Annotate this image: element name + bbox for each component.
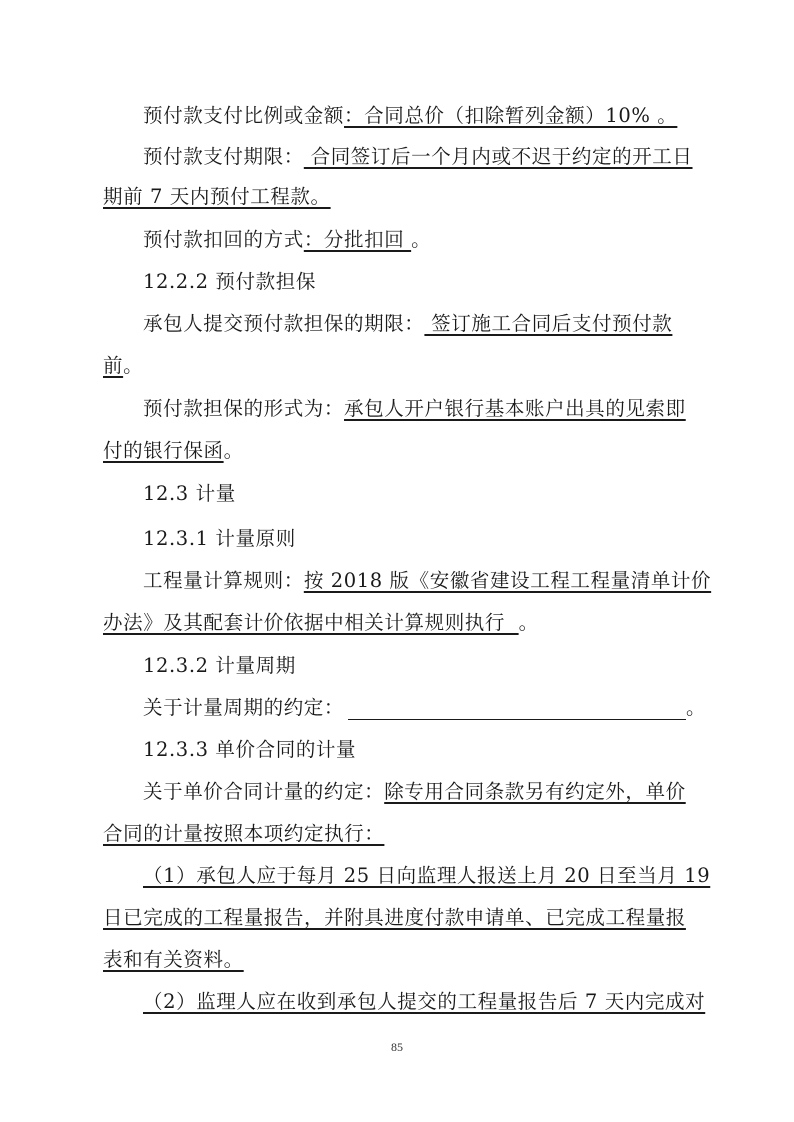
field-value: 承包人开户银行基本账户出具的见索即: [344, 397, 686, 420]
heading-text: 12.3.2 计量周期: [143, 654, 296, 677]
guarantee-deadline-continued: 前。: [103, 354, 693, 378]
prepayment-ratio-line: 预付款支付比例或金额：合同总价（扣除暂列金额）10% 。: [143, 104, 733, 128]
field-value: （2）监理人应在收到承包人提交的工程量报告后 7 天内完成对: [143, 990, 705, 1013]
field-label: 预付款支付期限：: [143, 145, 304, 168]
clause-1-line: （1）承包人应于每月 25 日向监理人报送上月 20 日至当月 19: [143, 864, 733, 888]
section-heading-12-3-3: 12.3.3 单价合同的计量: [143, 738, 733, 762]
unit-price-measurement-continued: 合同的计量按照本项约定执行：: [103, 822, 693, 846]
page-number: 85: [0, 1040, 794, 1055]
prepayment-deadline-continued: 期前 7 天内预付工程款。: [103, 185, 693, 209]
document-page: 预付款支付比例或金额：合同总价（扣除暂列金额）10% 。 预付款支付期限： 合同…: [0, 0, 794, 1122]
field-label: 关于计量周期的约定：: [143, 696, 344, 719]
measurement-period-line: 关于计量周期的约定：。: [143, 696, 733, 720]
section-heading-12-3-2: 12.3.2 计量周期: [143, 654, 733, 678]
field-value: ：合同总价（扣除暂列金额）10% 。: [344, 104, 677, 127]
guarantee-form-continued: 付的银行保函。: [103, 439, 693, 463]
field-label: 承包人提交预付款担保的期限：: [143, 312, 424, 335]
guarantee-form-line: 预付款担保的形式为：承包人开户银行基本账户出具的见索即: [143, 397, 733, 421]
section-heading-12-3: 12.3 计量: [143, 482, 733, 506]
field-value: 除专用合同条款另有约定外，单价: [384, 780, 686, 803]
field-value: 按 2018 版《安徽省建设工程工程量清单计价: [304, 569, 711, 592]
prepayment-recovery-line: 预付款扣回的方式：分批扣回 。: [143, 228, 733, 252]
field-value: 签订施工合同后支付预付款: [424, 312, 672, 335]
punctuation: 。: [123, 354, 143, 377]
heading-text: 12.2.2 预付款担保: [143, 270, 316, 293]
clause-1-continued: 日已完成的工程量报告，并附具进度付款申请单、已完成工程量报: [103, 906, 693, 930]
prepayment-deadline-line: 预付款支付期限： 合同签订后一个月内或不迟于约定的开工日: [143, 145, 733, 169]
field-label: 工程量计算规则：: [143, 569, 304, 592]
field-value: 表和有关资料。: [103, 948, 244, 971]
field-value: 付的银行保函: [103, 439, 224, 462]
field-value: 合同签订后一个月内或不迟于约定的开工日: [304, 145, 693, 168]
punctuation: 。: [686, 696, 706, 719]
field-label: 关于单价合同计量的约定：: [143, 780, 384, 803]
heading-text: 12.3 计量: [143, 482, 236, 505]
punctuation: 。: [519, 611, 539, 634]
punctuation: 。: [224, 439, 244, 462]
clause-2-line: （2）监理人应在收到承包人提交的工程量报告后 7 天内完成对: [143, 990, 733, 1014]
field-value: 期前 7 天内预付工程款。: [103, 185, 331, 208]
heading-text: 12.3.1 计量原则: [143, 527, 296, 550]
punctuation: 。: [411, 228, 431, 251]
field-value: 合同的计量按照本项约定执行：: [103, 822, 384, 845]
measurement-rules-continued: 办法》及其配套计价依据中相关计算规则执行 。: [103, 611, 693, 635]
field-value: 办法》及其配套计价依据中相关计算规则执行: [103, 611, 519, 634]
measurement-rules-line: 工程量计算规则：按 2018 版《安徽省建设工程工程量清单计价: [143, 569, 733, 593]
section-heading-12-3-1: 12.3.1 计量原则: [143, 527, 733, 551]
unit-price-measurement-line: 关于单价合同计量的约定：除专用合同条款另有约定外，单价: [143, 780, 733, 804]
guarantee-deadline-line: 承包人提交预付款担保的期限： 签订施工合同后支付预付款: [143, 312, 733, 336]
heading-text: 12.3.3 单价合同的计量: [143, 738, 356, 761]
field-value: （1）承包人应于每月 25 日向监理人报送上月 20 日至当月 19: [143, 864, 710, 887]
field-value: ：分批扣回: [304, 228, 411, 251]
section-heading-12-2-2: 12.2.2 预付款担保: [143, 270, 733, 294]
field-value: 日已完成的工程量报告，并附具进度付款申请单、已完成工程量报: [103, 906, 686, 929]
field-label: 预付款扣回的方式: [143, 228, 304, 251]
field-value: 前: [103, 354, 123, 377]
clause-1-continued-2: 表和有关资料。: [103, 948, 693, 972]
field-label: 预付款支付比例或金额: [143, 104, 344, 127]
field-label: 预付款担保的形式为：: [143, 397, 344, 420]
blank-fill-field[interactable]: [348, 699, 686, 720]
